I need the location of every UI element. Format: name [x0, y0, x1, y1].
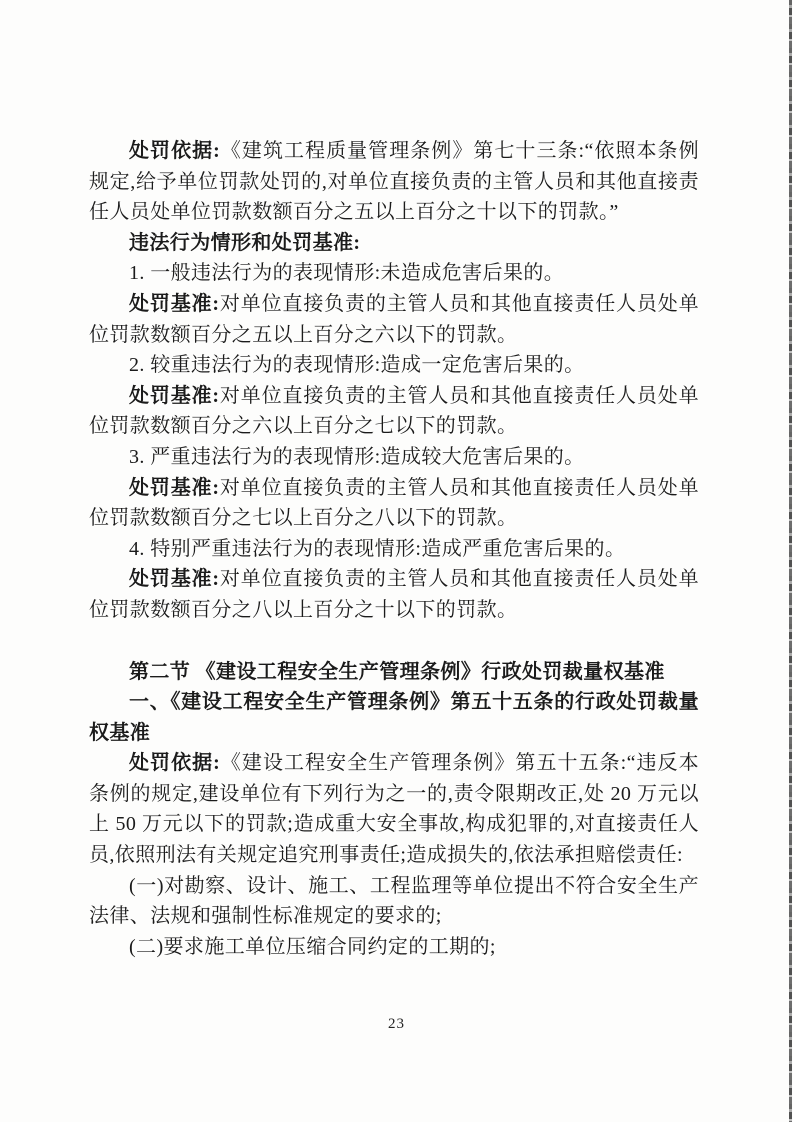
lead-penalty-standard: 处罚基准: [129, 568, 219, 590]
section-2-subheading: 一、《建设工程安全生产管理条例》第五十五条的行政处罚裁量权基准 [89, 687, 699, 748]
paragraph-item-1: (一)对勘察、设计、施工、工程监理等单位提出不符合安全生产法律、法规和强制性标准… [89, 871, 699, 932]
document-page: 处罚依据:《建筑工程质量管理条例》第七十三条:“依照本条例规定,给予单位罚款处罚… [0, 0, 793, 1122]
paragraph-penalty-standard-1: 处罚基准:对单位直接负责的主管人员和其他直接责任人员处单位罚款数额百分之五以上百… [89, 289, 699, 350]
paragraph-item-2: (二)要求施工单位压缩合同约定的工期的; [89, 932, 699, 963]
scan-edge-artifact [789, 0, 792, 1122]
section-2-heading: 第二节 《建设工程安全生产管理条例》行政处罚裁量权基准 [89, 657, 699, 688]
paragraph-penalty-standard-4: 处罚基准:对单位直接负责的主管人员和其他直接责任人员处单位罚款数额百分之八以上百… [89, 564, 699, 625]
paragraph-case-1: 1. 一般违法行为的表现情形:未造成危害后果的。 [89, 258, 699, 289]
lead-penalty-basis: 处罚依据: [129, 752, 220, 774]
paragraph-penalty-standard-2: 处罚基准:对单位直接负责的主管人员和其他直接责任人员处单位罚款数额百分之六以上百… [89, 381, 699, 442]
lead-penalty-standard: 处罚基准: [129, 477, 219, 499]
paragraph-text: (二)要求施工单位压缩合同约定的工期的; [129, 936, 496, 958]
paragraph-text: 2. 较重违法行为的表现情形:造成一定危害后果的。 [129, 354, 585, 376]
paragraph-text: 4. 特别严重违法行为的表现情形:造成严重危害后果的。 [129, 538, 625, 560]
page-number: 23 [0, 1016, 793, 1033]
lead-penalty-standard: 处罚基准: [129, 293, 219, 315]
paragraph-text: 1. 一般违法行为的表现情形:未造成危害后果的。 [129, 262, 564, 284]
paragraph-violation-heading: 违法行为情形和处罚基准: [89, 228, 699, 259]
paragraph-text: 3. 严重违法行为的表现情形:造成较大危害后果的。 [129, 446, 585, 468]
lead-violation-heading: 违法行为情形和处罚基准: [129, 232, 360, 254]
paragraph-case-4: 4. 特别严重违法行为的表现情形:造成严重危害后果的。 [89, 534, 699, 565]
paragraph-penalty-basis-article-73: 处罚依据:《建筑工程质量管理条例》第七十三条:“依照本条例规定,给予单位罚款处罚… [89, 136, 699, 228]
paragraph-text: (一)对勘察、设计、施工、工程监理等单位提出不符合安全生产法律、法规和强制性标准… [89, 875, 699, 928]
lead-penalty-standard: 处罚基准: [129, 385, 219, 407]
paragraph-case-2: 2. 较重违法行为的表现情形:造成一定危害后果的。 [89, 350, 699, 381]
lead-penalty-basis: 处罚依据: [129, 140, 220, 162]
page-content: 处罚依据:《建筑工程质量管理条例》第七十三条:“依照本条例规定,给予单位罚款处罚… [89, 136, 699, 962]
paragraph-penalty-basis-article-55: 处罚依据:《建设工程安全生产管理条例》第五十五条:“违反本条例的规定,建设单位有… [89, 748, 699, 870]
paragraph-penalty-standard-3: 处罚基准:对单位直接负责的主管人员和其他直接责任人员处单位罚款数额百分之七以上百… [89, 473, 699, 534]
paragraph-case-3: 3. 严重违法行为的表现情形:造成较大危害后果的。 [89, 442, 699, 473]
